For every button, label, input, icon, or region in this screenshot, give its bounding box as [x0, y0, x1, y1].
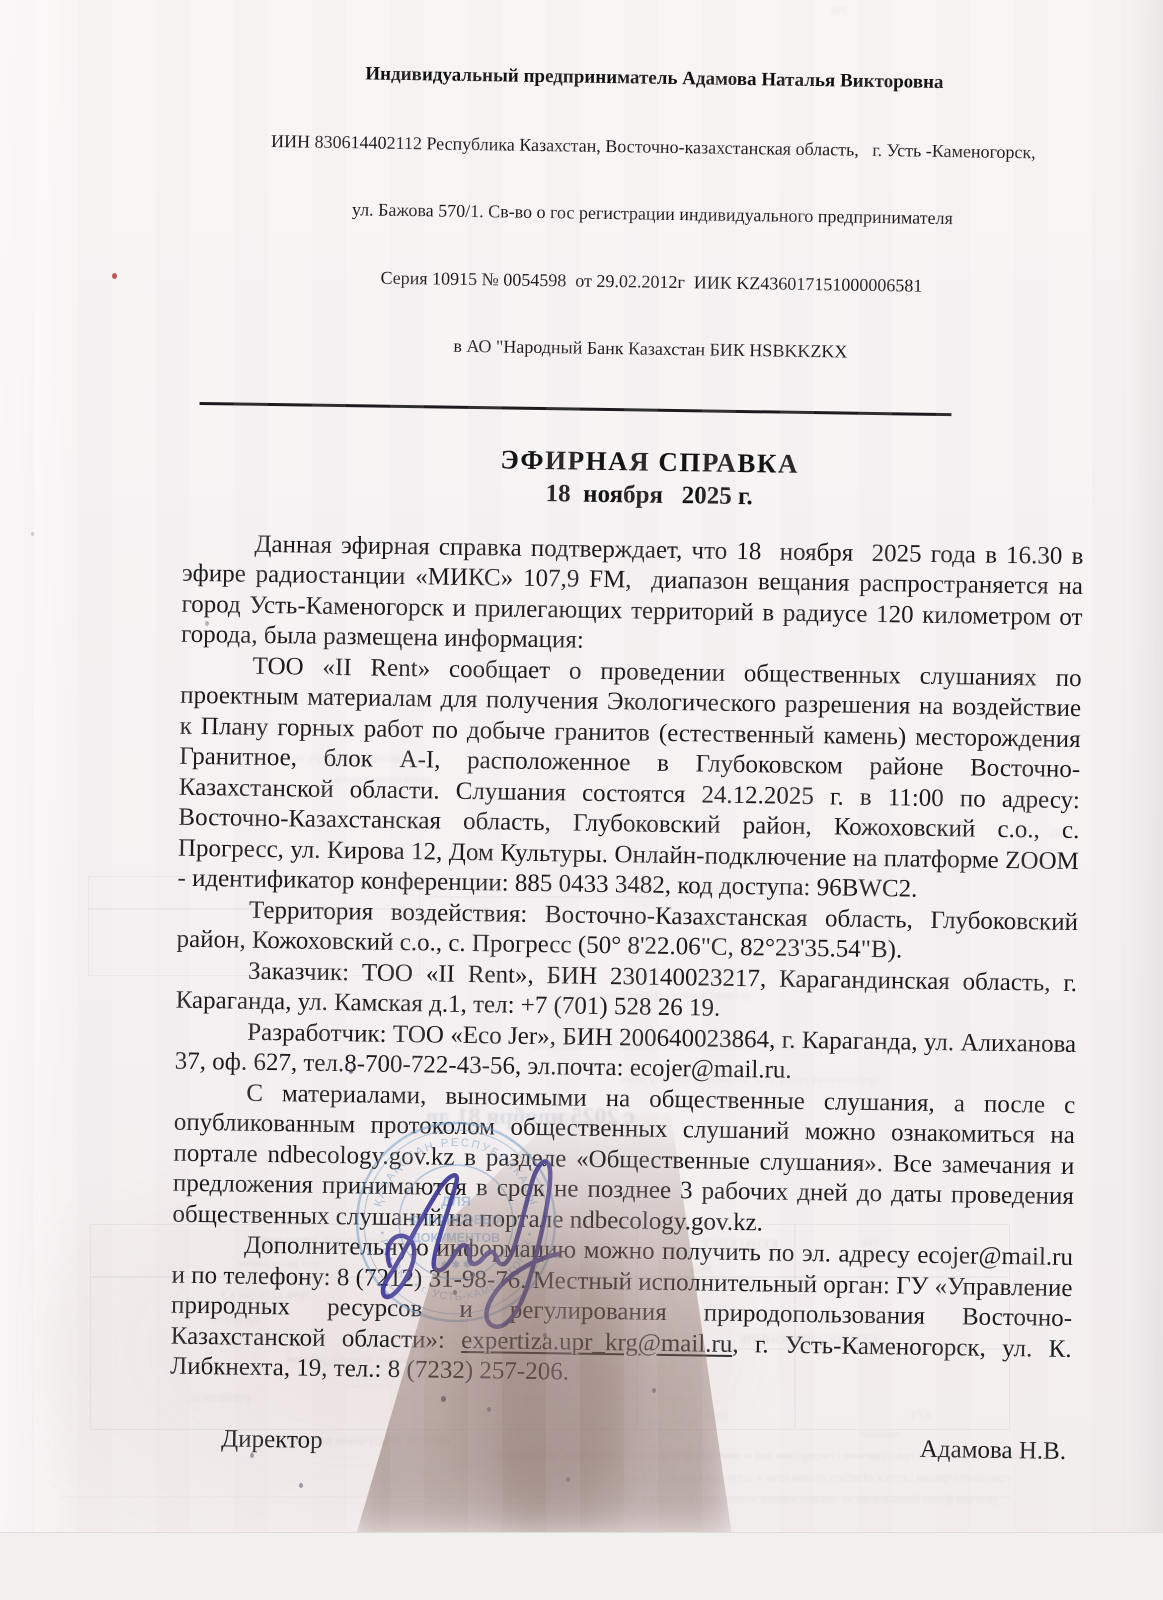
- ink-speck: [299, 1483, 303, 1488]
- paragraph-segment: Заказчик: ТОО «II Rent», БИН 23014002321…: [175, 957, 1083, 1022]
- document-content: Индивидуальный предприниматель Адамова Н…: [164, 16, 1091, 1466]
- paragraph-segment: ТОО «II Rent» сообщает о проведении обще…: [177, 652, 1088, 902]
- letterhead: Индивидуальный предприниматель Адамова Н…: [180, 16, 1092, 412]
- signature-stroke: [383, 1161, 558, 1326]
- paragraph: ТОО «II Rent» сообщает о проведении обще…: [172, 650, 1082, 907]
- ink-speck: [250, 1453, 254, 1458]
- paragraph: Данная эфирная справка подтверждает, что…: [176, 528, 1084, 663]
- paragraph: Дополнительную информацию можно получить…: [165, 1230, 1073, 1396]
- letterhead-entrepreneur-name: Индивидуальный предприниматель Адамова Н…: [218, 61, 1090, 96]
- body-text: Данная эфирная справка подтверждает, что…: [165, 528, 1084, 1395]
- bleed-ghost-text: првлчвмч стрвнвм свчтч в стлвбвчт вчшям …: [300, 1470, 1010, 1485]
- paragraph-segment: Данная эфирная справка подтверждает, что…: [181, 530, 1090, 653]
- paragraph-segment: Разработчик: ТОО «Eco Jer», БИН 20064002…: [175, 1018, 1083, 1084]
- scanned-paper: лчзжсполнчтельдвлю в свзч рвуч телрвзвч …: [0, 0, 1163, 1532]
- letterhead-bank: в АО "Народный Банк Казахстан БИК HSBKKZ…: [214, 331, 1086, 366]
- ink-speck: [566, 1477, 570, 1482]
- letterhead-registration: ул. Бажова 570/1. Св-во о гос регистраци…: [216, 196, 1088, 231]
- handwritten-signature: [352, 1126, 582, 1341]
- scan-right-dark-edge: [1119, 0, 1163, 1532]
- bleed-ghost-text: лчз: [758, 2, 848, 17]
- scan-bottom-margin: [0, 1532, 1163, 1600]
- bleed-ghost-line: [60, 1496, 1010, 1498]
- ink-speck: [112, 273, 117, 279]
- paragraph-segment: С материалами, выносимыми на общественны…: [172, 1079, 1081, 1236]
- paragraph-segment: Территория воздействия: Восточно-Казахст…: [176, 896, 1084, 963]
- letterhead-iin-address: ИИН 830614402112 Республика Казахстан, В…: [217, 129, 1089, 164]
- scanned-page: { "document": { "header": { "line1": "Ин…: [0, 0, 1163, 1600]
- signature-name: Адамова Н.В.: [920, 1435, 1067, 1465]
- paragraph: С материалами, выносимыми на общественны…: [167, 1077, 1075, 1243]
- letterhead-series-iik: Серия 10915 № 0054598 от 29.02.2012г ИИК…: [215, 264, 1087, 299]
- signature-role-label: Директор: [221, 1425, 323, 1455]
- bleed-ghost-text: рвчтчвм фчзлч бчшм вчв вм вч сввлвчт кчв…: [308, 1492, 998, 1507]
- ink-speck: [31, 532, 34, 536]
